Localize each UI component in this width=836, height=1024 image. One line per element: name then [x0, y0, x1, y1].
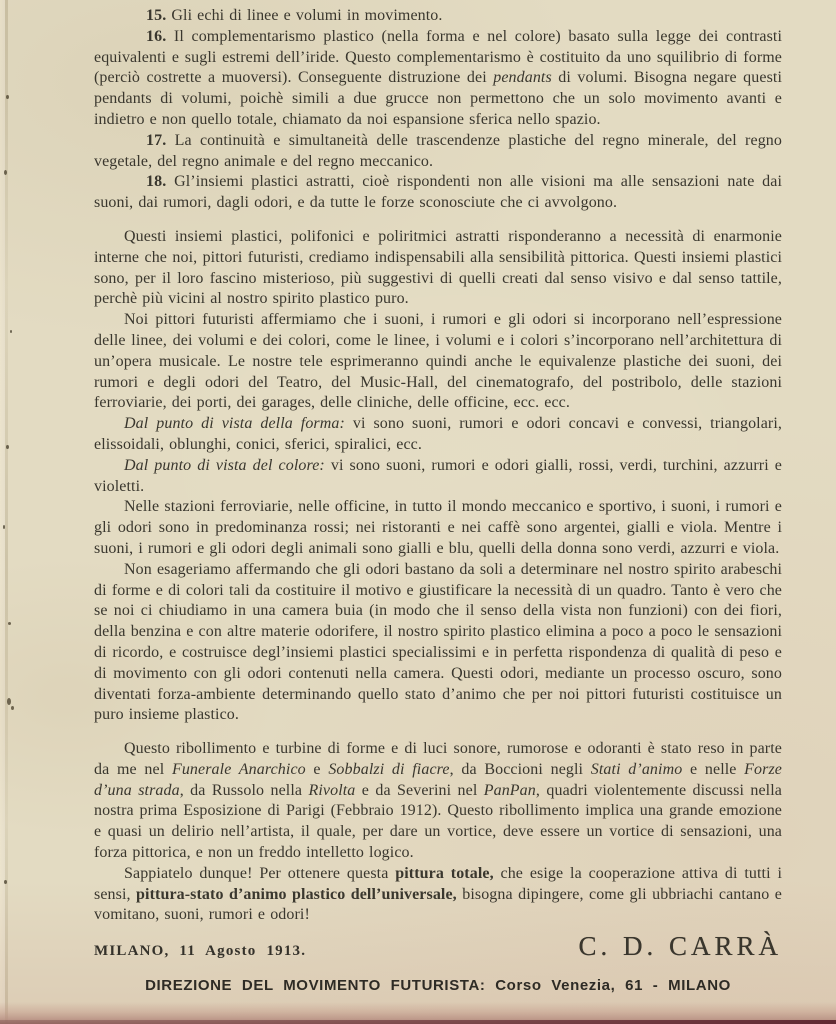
signature-row: MILANO, 11 Agosto 1913. C. D. CARRÀ	[94, 936, 782, 962]
paragraph: Questi insiemi plastici, polifonici e po…	[94, 227, 782, 310]
paragraph-container: 15. Gli echi di linee e volumi in movime…	[94, 6, 782, 926]
author-signature: C. D. CARRÀ	[579, 936, 782, 957]
paragraph: Non esageriamo affermando che gli odori …	[94, 560, 782, 726]
footer-address: DIREZIONE DEL MOVIMENTO FUTURISTA: Corso…	[94, 976, 782, 997]
paragraph: 15. Gli echi di linee e volumi in movime…	[94, 6, 782, 27]
paragraph: Questo ribollimento e turbine di forme e…	[94, 739, 782, 864]
paragraph: 16. Il complementarismo plastico (nella …	[94, 27, 782, 131]
paragraph: Nelle stazioni ferroviarie, nelle offici…	[94, 497, 782, 559]
dateline: MILANO, 11 Agosto 1913.	[94, 941, 306, 962]
document-text: 15. Gli echi di linee e volumi in movime…	[0, 0, 836, 997]
paragraph: Noi pittori futuristi affermiamo che i s…	[94, 310, 782, 414]
paragraph: 18. Gl’insiemi plastici astratti, cioè r…	[94, 172, 782, 214]
manifesto-page: 15. Gli echi di linee e volumi in movime…	[0, 0, 836, 1024]
paragraph: Dal punto di vista della forma: vi sono …	[94, 414, 782, 456]
paragraph: 17. La continuità e simultaneità delle t…	[94, 131, 782, 173]
paragraph: Sappiatelo dunque! Per ottenere questa p…	[94, 864, 782, 926]
paragraph: Dal punto di vista del colore: vi sono s…	[94, 456, 782, 498]
page-bottom-rim	[0, 1020, 836, 1024]
